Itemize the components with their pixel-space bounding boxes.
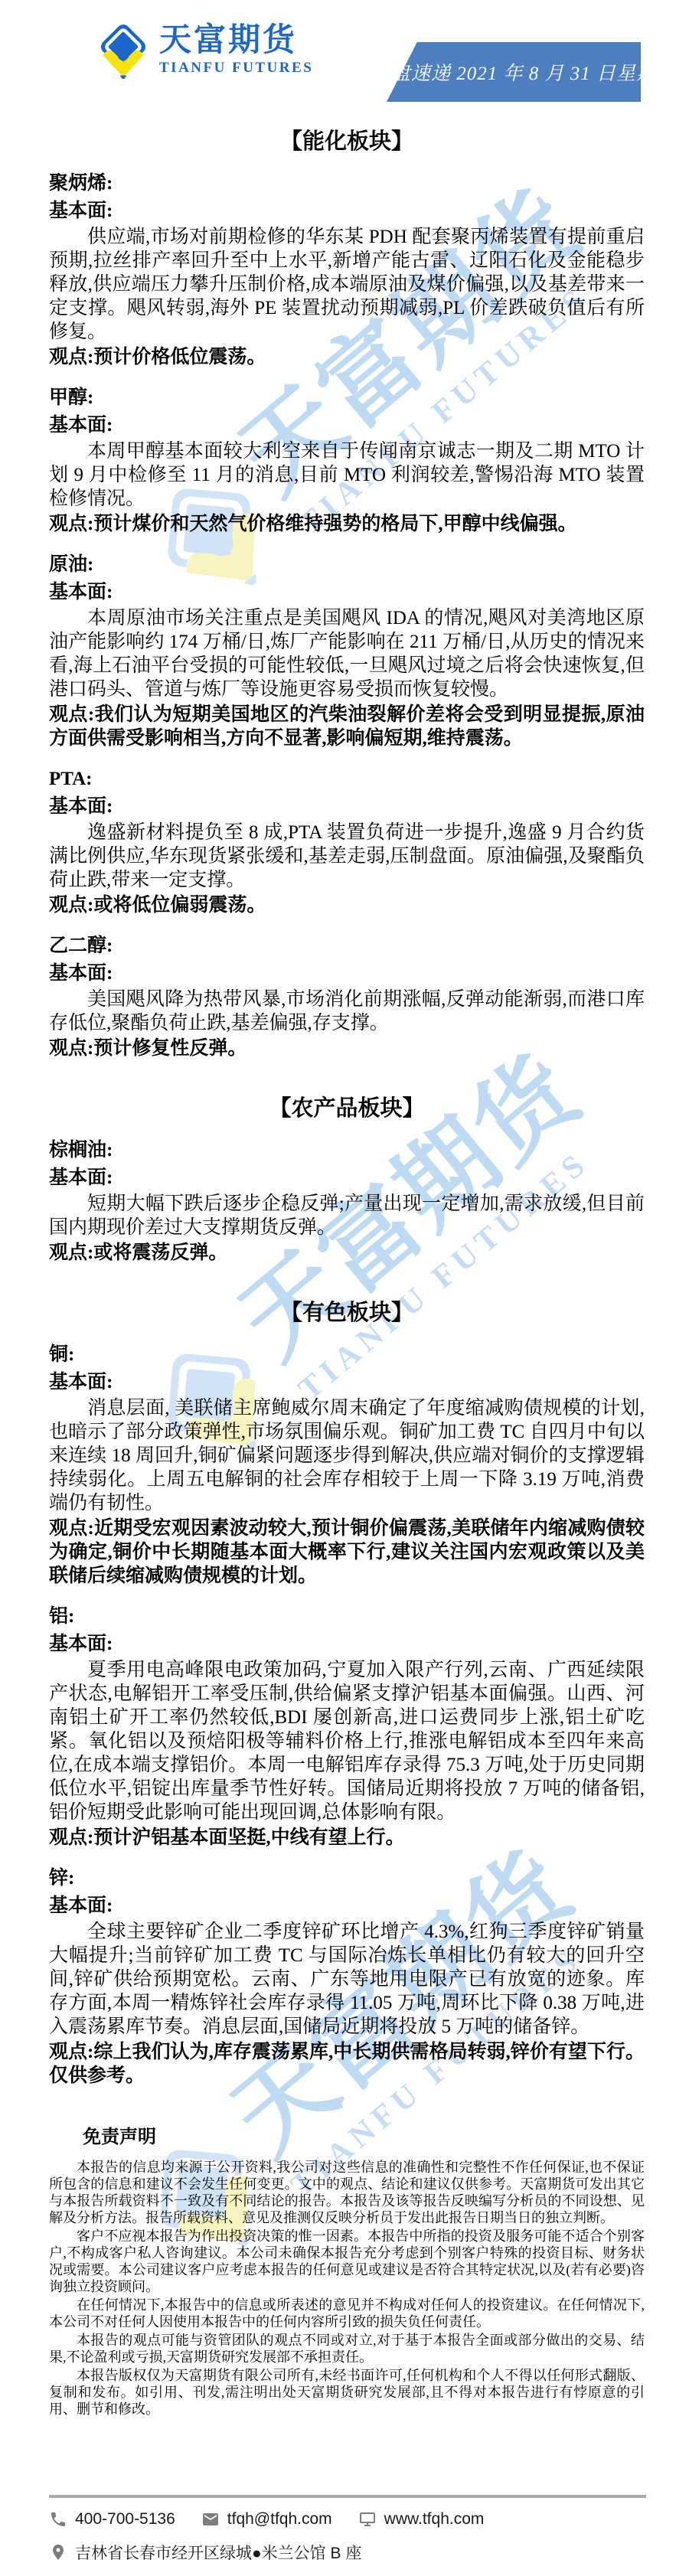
product-name: 铜:	[49, 1343, 645, 1367]
footer-address: 吉林省长春市经开区绿城●米兰公馆 B 座	[49, 2541, 361, 2564]
viewpoint-text: 观点:近期受宏观因素波动较大,预计铜价偏震荡,美联储年内缩减购债较为确定,铜价中…	[49, 1517, 645, 1588]
fundamentals-text: 供应端,市场对前期检修的华东某 PDH 配套聚丙烯装置有提前重启预期,拉丝排产率…	[49, 225, 645, 344]
product-crude-oil: 原油: 基本面: 本周原油市场关注重点是美国飓风 IDA 的情况,飓风对美湾地区…	[49, 553, 645, 750]
footer-email-address[interactable]: tfqh@tfqh.com	[227, 2510, 332, 2529]
fundamentals-label: 基本面:	[49, 199, 645, 224]
disclaimer-paragraph: 本报告版权仅为天富期货有限公司所有,未经书面许可,任何机构和个人不得以任何形式翻…	[49, 2367, 645, 2418]
footer-address-row: 吉林省长春市经开区绿城●米兰公馆 B 座	[49, 2541, 646, 2564]
fundamentals-text: 消息层面, 美联储主席鲍威尔周末确定了年度缩减购债规模的计划,也暗示了部分政策弹…	[49, 1396, 645, 1515]
fundamentals-label: 基本面:	[49, 1370, 645, 1395]
product-zinc: 锌: 基本面: 全球主要锌矿企业二季度锌矿环比增产 4.3%,红狗三季度锌矿销量…	[49, 1866, 645, 2088]
report-body: 【能化板块】 聚炳烯: 基本面: 供应端,市场对前期检修的华东某 PDH 配套聚…	[0, 129, 689, 2418]
product-copper: 铜: 基本面: 消息层面, 美联储主席鲍威尔周末确定了年度缩减购债规模的计划,也…	[49, 1343, 645, 1588]
footer-divider	[49, 2495, 646, 2498]
report-page: 天富期货 TIANFU FUTURES 天富期货 TIANFU FUTURES …	[0, 0, 689, 2576]
fundamentals-label: 基本面:	[49, 580, 645, 605]
product-name: 锌:	[49, 1866, 645, 1891]
product-name: 聚炳烯:	[49, 171, 645, 196]
fundamentals-label: 基本面:	[49, 962, 645, 986]
product-name: 铝:	[49, 1605, 645, 1629]
company-logo: 天富期货 TIANFU FUTURES	[98, 21, 313, 79]
disclaimer: 免责声明 本报告的信息均来源于公开资料,我公司对这些信息的准确性和完整性不作任何…	[49, 2121, 645, 2418]
fundamentals-text: 美国飓风降为热带风暴,市场消化前期涨幅,反弹动能渐弱,而港口库存低位,聚酯负荷止…	[49, 988, 645, 1035]
viewpoint-text: 观点:预计煤价和天然气价格维持强势的格局下,甲醇中线偏强。	[49, 512, 645, 536]
date-banner: 收盘速递 2021 年 8 月 31 日星期二	[387, 42, 641, 102]
product-methanol: 甲醇: 基本面: 本周甲醇基本面较大利空来自于传闻南京诚志一期及二期 MTO 计…	[49, 386, 645, 536]
product-name: 乙二醇:	[49, 934, 645, 958]
product-palm-oil: 棕榈油: 基本面: 短期大幅下跌后逐步企稳反弹;产量出现一定增加,需求放缓,但目…	[49, 1138, 645, 1265]
disclaimer-paragraph: 在任何情况下,本报告中的信息或所表述的意见并不构成对任何人的投资建议。在任何情况…	[49, 2297, 645, 2330]
location-pin-icon	[49, 2543, 67, 2561]
product-ethylene-glycol: 乙二醇: 基本面: 美国飓风降为热带风暴,市场消化前期涨幅,反弹动能渐弱,而港口…	[49, 934, 645, 1060]
section-title-agriculture: 【农产品板块】	[49, 1095, 645, 1121]
fundamentals-text: 逸盛新材料提负至 8 成,PTA 装置负荷进一步提升,逸盛 9 月合约货满比例供…	[49, 821, 645, 892]
section-title-energy: 【能化板块】	[49, 129, 645, 155]
footer-website: www.tfqh.com	[358, 2510, 485, 2529]
fundamentals-text: 本周原油市场关注重点是美国飓风 IDA 的情况,飓风对美湾地区原油产能影响约 1…	[49, 606, 645, 701]
product-pta: PTA: 基本面: 逸盛新材料提负至 8 成,PTA 装置负荷进一步提升,逸盛 …	[49, 767, 645, 917]
footer-contact-row: 400-700-5136 tfqh@tfqh.com www.tfqh.com	[49, 2510, 646, 2529]
fundamentals-label: 基本面:	[49, 1894, 645, 1918]
viewpoint-text: 观点:我们认为短期美国地区的汽柴油裂解价差将会受到明显提振,原油方面供需受影响相…	[49, 703, 645, 750]
product-name: PTA:	[49, 767, 645, 792]
disclaimer-paragraph: 客户不应视本报告为作出投资决策的惟一因素。本报告中所指的投资及服务可能不适合个别…	[49, 2228, 645, 2295]
viewpoint-text: 观点:或将低位偏弱震荡。	[49, 893, 645, 917]
email-icon	[201, 2510, 220, 2529]
logo-name-cn: 天富期货	[159, 24, 313, 57]
product-aluminum: 铝: 基本面: 夏季用电高峰限电政策加码,宁夏加入限产行列,云南、广西延续限产状…	[49, 1605, 645, 1850]
viewpoint-text: 观点:预计修复性反弹。	[49, 1037, 645, 1060]
fundamentals-text: 全球主要锌矿企业二季度锌矿环比增产 4.3%,红狗三季度锌矿销量大幅提升;当前锌…	[49, 1920, 645, 2039]
footer-website-url[interactable]: www.tfqh.com	[384, 2510, 485, 2529]
fundamentals-label: 基本面:	[49, 1632, 645, 1657]
product-name: 甲醇:	[49, 386, 645, 410]
viewpoint-text: 观点:预计沪铝基本面坚挺,中线有望上行。	[49, 1826, 645, 1850]
product-name: 原油:	[49, 553, 645, 577]
disclaimer-paragraph: 本报告的观点可能与资管团队的观点不同或对立,对于基于本报告全面或部分做出的交易、…	[49, 2332, 645, 2365]
header: 天富期货 TIANFU FUTURES 收盘速递 2021 年 8 月 31 日…	[0, 0, 689, 106]
date-banner-text: 收盘速递 2021 年 8 月 31 日星期二	[351, 58, 676, 86]
disclaimer-paragraph: 本报告的信息均来源于公开资料,我公司对这些信息的准确性和完整性不作任何保证,也不…	[49, 2159, 645, 2226]
viewpoint-text: 观点:或将震荡反弹。	[49, 1241, 645, 1265]
company-logo-icon	[98, 21, 149, 79]
fundamentals-label: 基本面:	[49, 795, 645, 819]
section-title-nonferrous: 【有色板块】	[49, 1300, 645, 1326]
footer-phone: 400-700-5136	[49, 2510, 175, 2529]
phone-icon	[49, 2510, 67, 2529]
viewpoint-text: 观点:综上我们认为,库存震荡累库,中长期供需格局转弱,锌价有望下行。仅供参考。	[49, 2040, 645, 2088]
disclaimer-title: 免责声明	[83, 2121, 645, 2148]
fundamentals-text: 夏季用电高峰限电政策加码,宁夏加入限产行列,云南、广西延续限产状态,电解铝开工率…	[49, 1658, 645, 1824]
logo-name-en: TIANFU FUTURES	[159, 60, 313, 77]
fundamentals-label: 基本面:	[49, 413, 645, 438]
footer-email: tfqh@tfqh.com	[201, 2510, 332, 2529]
viewpoint-text: 观点:预计价格低位震荡。	[49, 345, 645, 369]
monitor-icon	[358, 2510, 377, 2529]
footer-address-text: 吉林省长春市经开区绿城●米兰公馆 B 座	[75, 2541, 361, 2564]
fundamentals-label: 基本面:	[49, 1166, 645, 1190]
product-polypropylene: 聚炳烯: 基本面: 供应端,市场对前期检修的华东某 PDH 配套聚丙烯装置有提前…	[49, 171, 645, 369]
fundamentals-text: 短期大幅下跌后逐步企稳反弹;产量出现一定增加,需求放缓,但目前国内期现价差过大支…	[49, 1192, 645, 1239]
product-name: 棕榈油:	[49, 1138, 645, 1163]
fundamentals-text: 本周甲醇基本面较大利空来自于传闻南京诚志一期及二期 MTO 计划 9 月中检修至…	[49, 439, 645, 511]
footer-phone-number: 400-700-5136	[75, 2510, 175, 2529]
footer: 400-700-5136 tfqh@tfqh.com www.tfqh.com …	[49, 2495, 646, 2564]
